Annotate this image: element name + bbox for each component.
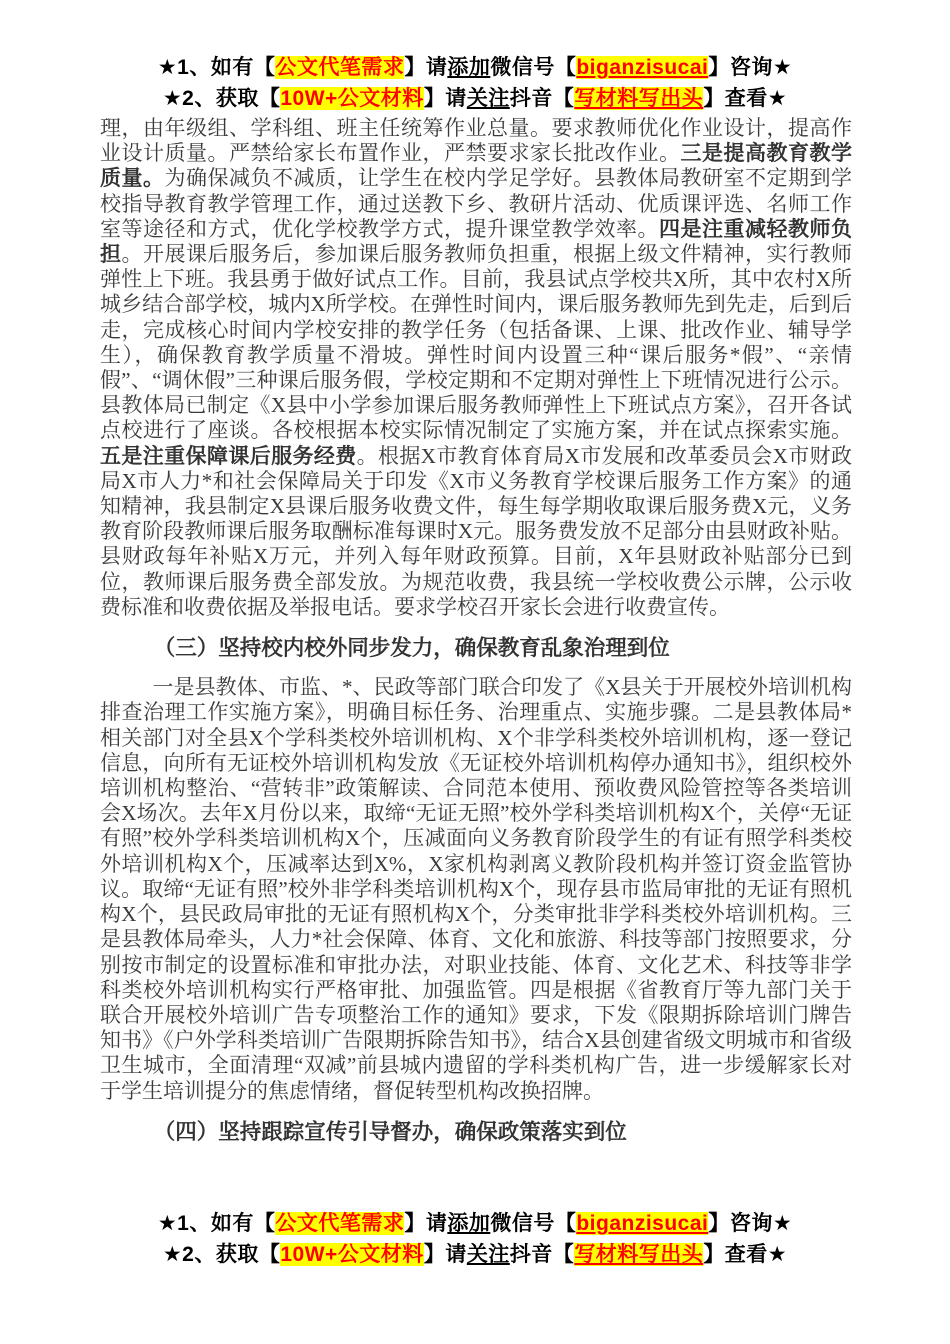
promo-text: 】请 [404, 1212, 447, 1235]
promo-highlighted-text: 公文代笔需求 [275, 56, 404, 79]
promo-text: 】查看★ [703, 87, 787, 110]
section-heading: （三）坚持校内校外同步发力，确保教育乱象治理到位 [100, 636, 852, 661]
promo-highlighted-text: 10W+公文材料 [280, 87, 423, 110]
paragraph-text: 。根据X市教育体育局X市发展和改革委员会X市财政局X市人力*和社会保障局关于印发… [100, 444, 852, 619]
promo-highlighted-text: biganzisucai [576, 1212, 708, 1235]
promo-text: 关注 [467, 1243, 510, 1266]
promo-text: 】请 [404, 56, 447, 79]
promo-text: 关注 [467, 87, 510, 110]
paragraph-text: （三）坚持校内校外同步发力，确保教育乱象治理到位 [154, 636, 670, 660]
promo-line: ★1、如有【公文代笔需求】请添加微信号【biganzisucai】咨询★ [0, 52, 950, 83]
document-page: ★1、如有【公文代笔需求】请添加微信号【biganzisucai】咨询★★2、获… [0, 0, 950, 1344]
promo-text: ★2、获取【 [163, 87, 281, 110]
body-paragraph: 一是县教体、市监、*、民政等部门联合印发了《X县关于开展校外培训机构排查治理工作… [100, 675, 852, 1103]
promo-banner-top: ★1、如有【公文代笔需求】请添加微信号【biganzisucai】咨询★★2、获… [0, 52, 950, 114]
promo-highlighted-text: 10W+公文材料 [280, 1243, 423, 1266]
promo-text: ★1、如有【 [158, 1212, 276, 1235]
promo-highlighted-text: 写材料写出头 [574, 87, 703, 110]
promo-line: ★2、获取【10W+公文材料】请关注抖音【写材料写出头】查看★ [0, 1239, 950, 1270]
paragraph-text: 一是县教体、市监、*、民政等部门联合印发了《X县关于开展校外培训机构排查治理工作… [100, 675, 852, 1102]
promo-text: 】请 [424, 1243, 467, 1266]
promo-text: 】咨询★ [708, 1212, 792, 1235]
promo-text: ★1、如有【 [158, 56, 276, 79]
paragraph-text: 。开展课后服务后，参加课后服务教师负担重，根据上级文件精神，实行教师弹性上下班。… [100, 242, 852, 442]
promo-line: ★2、获取【10W+公文材料】请关注抖音【写材料写出头】查看★ [0, 83, 950, 114]
promo-highlighted-text: 写材料写出头 [574, 1243, 703, 1266]
promo-text: 添加 [447, 1212, 490, 1235]
promo-text: ★2、获取【 [163, 1243, 281, 1266]
promo-text: 微信号【 [490, 1212, 576, 1235]
promo-text: 微信号【 [490, 56, 576, 79]
promo-text: 】咨询★ [708, 56, 792, 79]
emphasis-text: 五是注重保障课后服务经费 [100, 445, 357, 468]
promo-text: 添加 [447, 56, 490, 79]
promo-line: ★1、如有【公文代笔需求】请添加微信号【biganzisucai】咨询★ [0, 1208, 950, 1239]
section-heading: （四）坚持跟踪宣传引导督办，确保政策落实到位 [100, 1120, 852, 1145]
promo-text: 】请 [424, 87, 467, 110]
promo-highlighted-text: 公文代笔需求 [275, 1212, 404, 1235]
promo-text: 】查看★ [703, 1243, 787, 1266]
promo-text: 抖音【 [510, 1243, 575, 1266]
promo-text: 抖音【 [510, 87, 575, 110]
paragraph-text: （四）坚持跟踪宣传引导督办，确保政策落实到位 [154, 1120, 627, 1144]
promo-banner-bottom: ★1、如有【公文代笔需求】请添加微信号【biganzisucai】咨询★★2、获… [0, 1208, 950, 1270]
body-paragraph: 理，由年级组、学科组、班主任统筹作业总量。要求教师优化作业设计，提高作业设计质量… [100, 116, 852, 620]
document-body: 理，由年级组、学科组、班主任统筹作业总量。要求教师优化作业设计，提高作业设计质量… [100, 116, 852, 1159]
promo-highlighted-text: biganzisucai [576, 56, 708, 79]
